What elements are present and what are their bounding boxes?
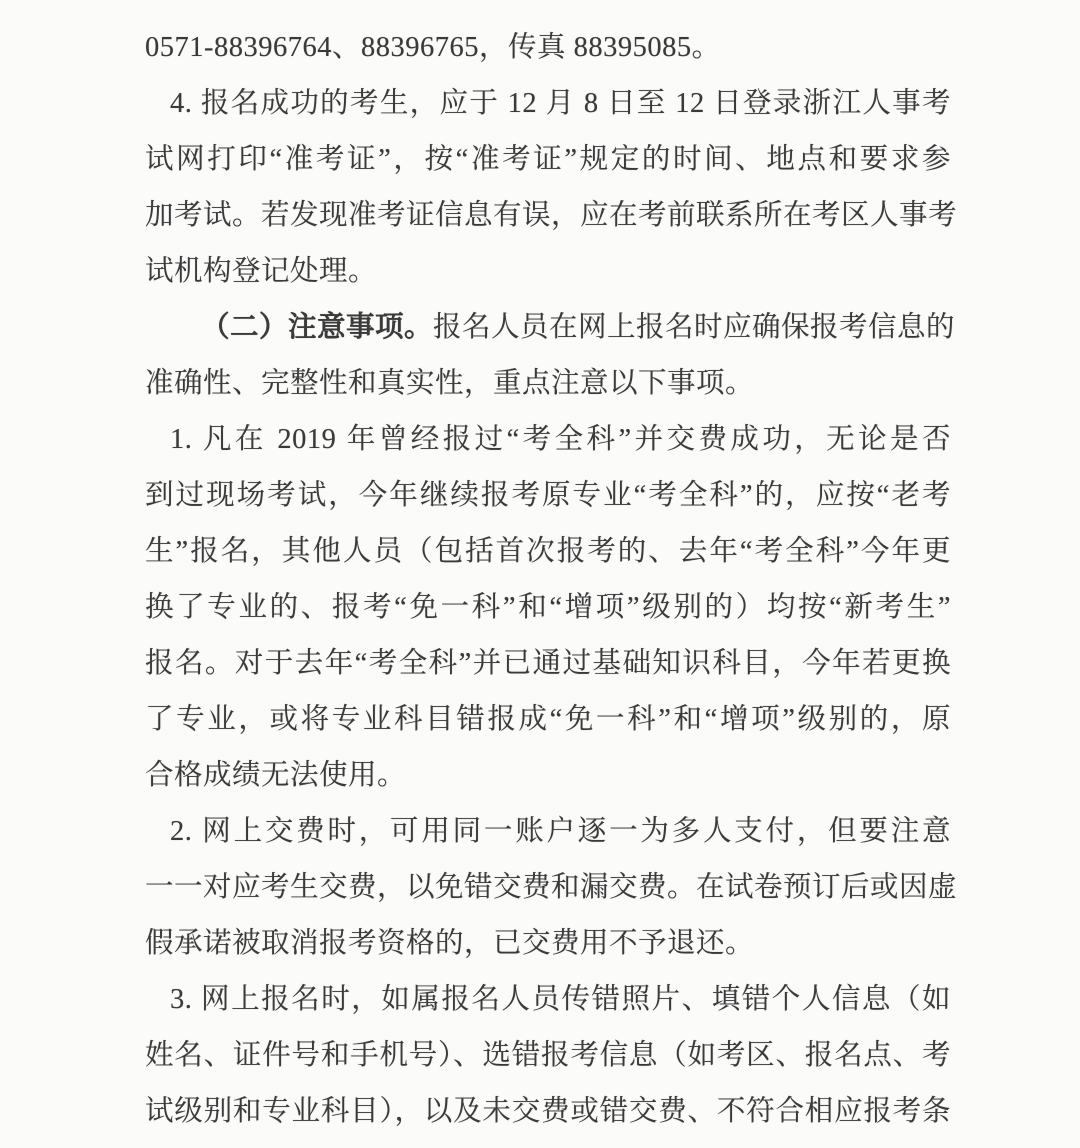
text-line: 生”报名，其他人员（包括首次报考的、去年“考全科”今年更 [145,524,951,580]
text-line: 准确性、完整性和真实性，重点注意以下事项。 [145,356,951,412]
line-text: 一一对应考生交费，以免错交费和漏交费。在试卷预订后或因虚 [145,872,957,903]
line-text: 报名。对于去年“考全科”并已通过基础知识科目，今年若更换 [145,648,951,679]
text-line: 一一对应考生交费，以免错交费和漏交费。在试卷预订后或因虚 [145,860,951,916]
text-line: 合格成绩无法使用。 [145,748,951,804]
text-line: 加考试。若发现准考证信息有误，应在考前联系所在考区人事考 [145,188,951,244]
text-line-item1-start: 1. 凡在 2019 年曾经报过“考全科”并交费成功，无论是否 [145,412,951,468]
line-text: 生”报名，其他人员（包括首次报考的、去年“考全科”今年更 [145,536,951,567]
line-text: 到过现场考试，今年继续报考原专业“考全科”的，应按“老考 [145,480,951,511]
line-text: 试网打印“准考证”，按“准考证”规定的时间、地点和要求参 [145,144,951,175]
line-text: 0571-88396764、88396765，传真 88395085。 [145,32,721,63]
text-line-item3-start: 3. 网上报名时，如属报名人员传错照片、填错个人信息（如 [145,972,951,1028]
line-text: 1. 凡在 2019 年曾经报过“考全科”并交费成功，无论是否 [170,424,951,455]
text-line: 报名。对于去年“考全科”并已通过基础知识科目，今年若更换 [145,636,951,692]
text-line-contact-numbers: 0571-88396764、88396765，传真 88395085。 [145,20,951,76]
line-text: 试级别和专业科目），以及未交费或错交费、不符合相应报考条 [145,1096,951,1127]
scanned-document-page: 0571-88396764、88396765，传真 88395085。 4. 报… [0,0,1080,1148]
text-line-item2-start: 2. 网上交费时，可用同一账户逐一为多人支付，但要注意 [145,804,951,860]
text-line: 试机构登记处理。 [145,244,951,300]
line-text: 2. 网上交费时，可用同一账户逐一为多人支付，但要注意 [170,816,951,847]
text-line: 姓名、证件号和手机号）、选错报考信息（如考区、报名点、考 [145,1028,951,1084]
line-text: 准确性、完整性和真实性，重点注意以下事项。 [145,368,754,399]
line-text: 3. 网上报名时，如属报名人员传错照片、填错个人信息（如 [170,984,951,1015]
text-line-section-heading: （二）注意事项。报名人员在网上报名时应确保报考信息的 [145,300,951,356]
text-line: 了专业，或将专业科目错报成“免一科”和“增项”级别的，原 [145,692,951,748]
line-text: 加考试。若发现准考证信息有误，应在考前联系所在考区人事考 [145,200,957,231]
line-text: 合格成绩无法使用。 [145,760,406,791]
text-line: 假承诺被取消报考资格的，已交费用不予退还。 [145,916,951,972]
line-text: 4. 报名成功的考生，应于 12 月 8 日至 12 日登录浙江人事考 [170,88,951,119]
line-text: 换了专业的、报考“免一科”和“增项”级别的）均按“新考生” [145,592,951,623]
text-line: 到过现场考试，今年继续报考原专业“考全科”的，应按“老考 [145,468,951,524]
line-text: 姓名、证件号和手机号）、选错报考信息（如考区、报名点、考 [145,1040,951,1071]
text-line: 试网打印“准考证”，按“准考证”规定的时间、地点和要求参 [145,132,951,188]
line-text: 试机构登记处理。 [145,256,377,287]
line-text: 假承诺被取消报考资格的，已交费用不予退还。 [145,928,754,959]
text-line-item4-start: 4. 报名成功的考生，应于 12 月 8 日至 12 日登录浙江人事考 [145,76,951,132]
text-line-page-cutoff: 试级别和专业科目），以及未交费或错交费、不符合相应报考条 [145,1084,951,1140]
line-text: 报名人员在网上报名时应确保报考信息的 [433,312,955,343]
line-text: 了专业，或将专业科目错报成“免一科”和“增项”级别的，原 [145,704,951,735]
section-heading-bold: （二）注意事项。 [201,312,433,343]
text-line: 换了专业的、报考“免一科”和“增项”级别的）均按“新考生” [145,580,951,636]
